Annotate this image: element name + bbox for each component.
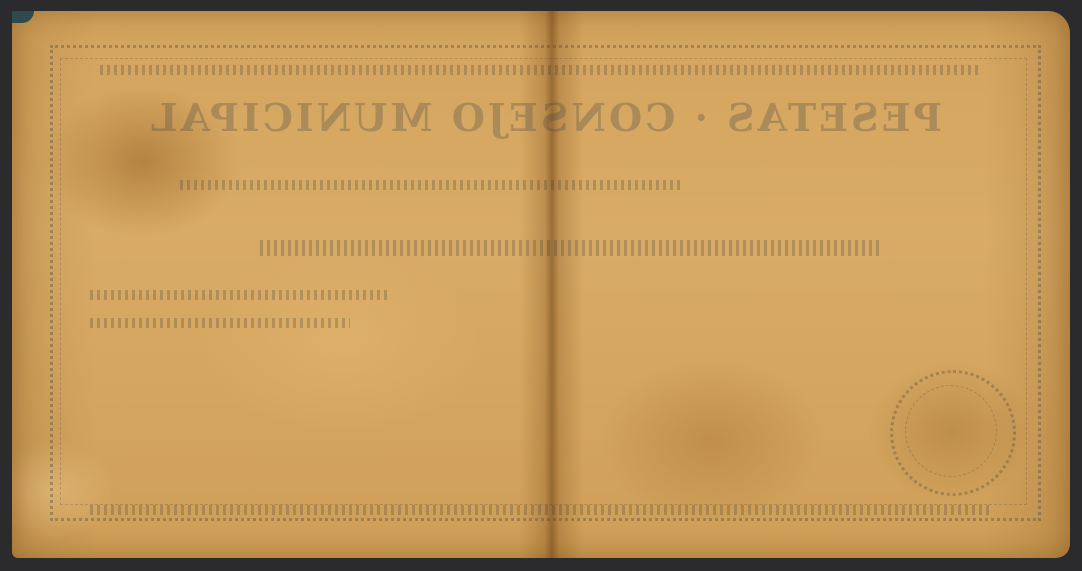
bleed-through-line (100, 65, 980, 75)
bleed-through-title: PESETAS · CONSEJO MUNICIPAL (95, 95, 995, 140)
bleed-through-seal-inner (905, 385, 997, 477)
bleed-through-line (180, 180, 680, 190)
bleed-through-line (90, 318, 350, 328)
bleed-through-line (260, 240, 880, 256)
bleed-through-line (90, 290, 390, 300)
bleed-through-line (90, 505, 990, 515)
